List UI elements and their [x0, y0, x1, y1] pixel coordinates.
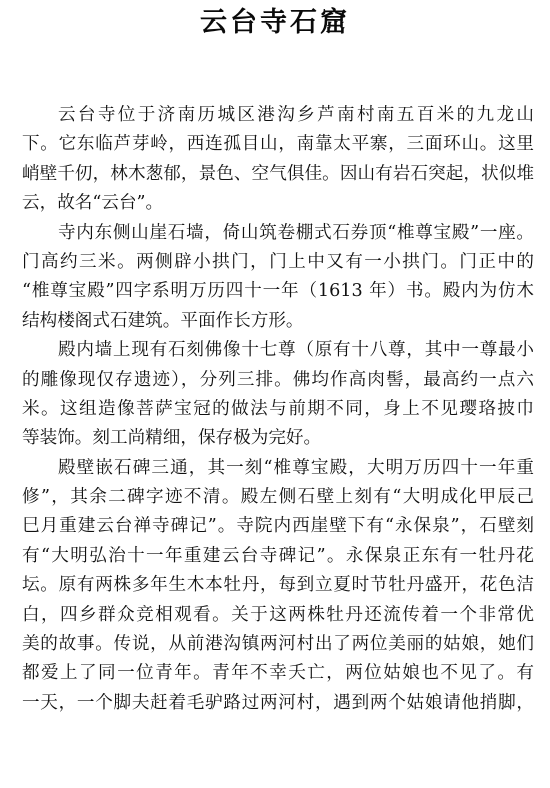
text-line: 一天，一个脚夫赶着毛驴路过两河村，遇到两个姑娘请他捎脚，	[22, 689, 534, 718]
text-line: 坛。原有两株多年生木本牡丹，每到立夏时节牡丹盛开，花色洁	[22, 571, 534, 600]
text-line: 峭壁千仞，林木葱郁，景色、空气俱佳。因山有岩石突起，状似堆	[22, 160, 534, 189]
text-line: 白，四乡群众竞相观看。关于这两株牡丹还流传着一个非常优	[22, 601, 534, 630]
text-line: 米。这组造像菩萨宝冠的做法与前期不同，身上不见璎珞披巾	[22, 395, 534, 424]
text-line: 有“大明弘治十一年重建云台寺碑记”。永保泉正东有一牡丹花	[22, 542, 534, 571]
text-line: 殿内墙上现有石刻佛像十七尊（原有十八尊，其中一尊最小	[22, 336, 534, 365]
body-text: 云台寺位于济南历城区港沟乡芦南村南五百米的九龙山 下。它东临芦芽岭，西连孤目山，…	[22, 101, 534, 718]
text-line: “椎尊宝殿”四字系明万历四十一年（1613 年）书。殿内为仿木	[22, 277, 534, 306]
text-line: 下。它东临芦芽岭，西连孤目山，南靠太平寨，三面环山。这里	[22, 130, 534, 159]
text-line: 修”，其余二碑字迹不清。殿左侧石壁上刻有“大明成化甲辰己	[22, 483, 534, 512]
page-title: 云台寺石窟	[0, 6, 550, 40]
text-line: 门高约三米。两侧辟小拱门，门上中又有一小拱门。门正中的	[22, 248, 534, 277]
text-line: 美的故事。传说，从前港沟镇两河村出了两位美丽的姑娘，她们	[22, 630, 534, 659]
text-line: 结构楼阁式石建筑。平面作长方形。	[22, 307, 534, 336]
text-line: 巳月重建云台禅寺碑记”。寺院内西崖壁下有“永保泉”，石壁刻	[22, 512, 534, 541]
text-line: 等装饰。刻工尚精细，保存极为完好。	[22, 424, 534, 453]
text-line: 寺内东侧山崖石墙，倚山筑卷棚式石券顶“椎尊宝殿”一座。	[22, 219, 534, 248]
text-line: 云，故名“云台”。	[22, 189, 534, 218]
document-page: 云台寺石窟 云台寺位于济南历城区港沟乡芦南村南五百米的九龙山 下。它东临芦芽岭，…	[0, 0, 550, 788]
text-line: 殿壁嵌石碑三通，其一刻“椎尊宝殿，大明万历四十一年重	[22, 454, 534, 483]
text-line: 云台寺位于济南历城区港沟乡芦南村南五百米的九龙山	[22, 101, 534, 130]
text-line: 都爱上了同一位青年。青年不幸夭亡，两位姑娘也不见了。有	[22, 659, 534, 688]
text-line: 的雕像现仅存遗迹），分列三排。佛均作高肉髻，最高约一点六	[22, 366, 534, 395]
